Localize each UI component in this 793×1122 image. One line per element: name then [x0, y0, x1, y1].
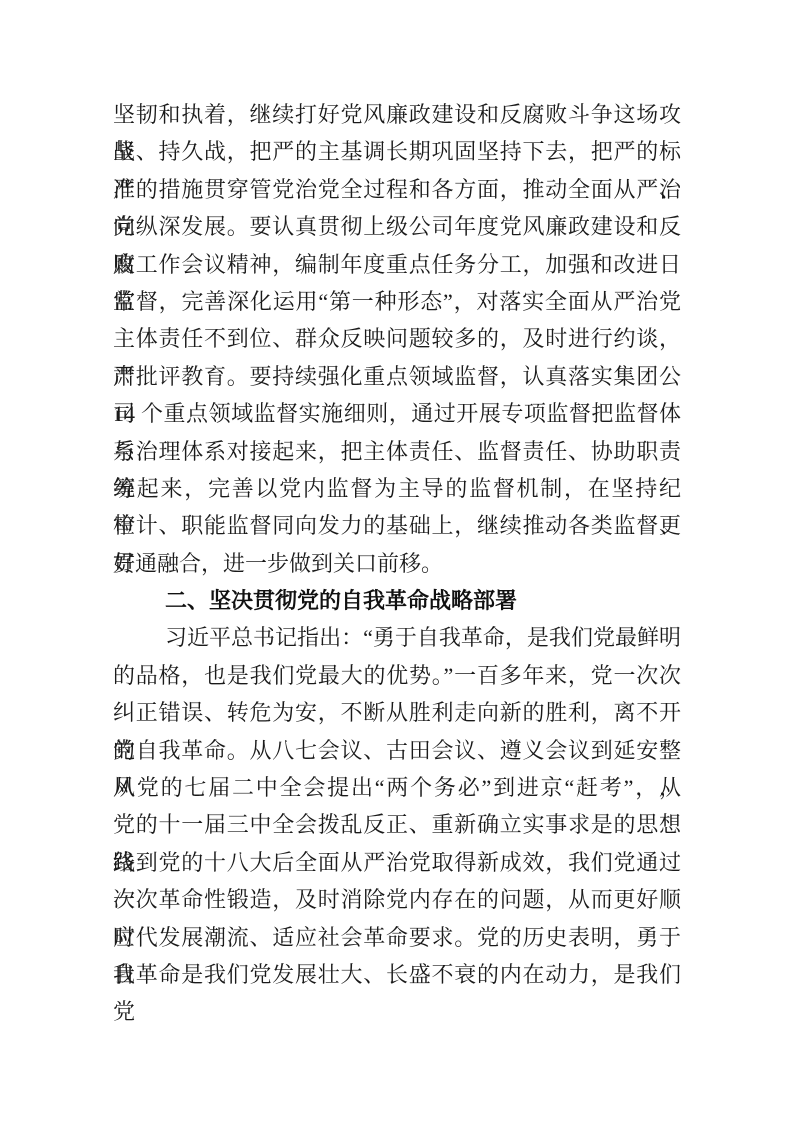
text-line: 坚韧和执着，继续打好党风廉政建设和反腐败斗争这场攻坚	[113, 96, 681, 133]
text-line: 肃批评教育。要持续强化重点领域监督，认真落实集团公司	[113, 358, 681, 395]
text-line: 向纵深发展。要认真贯彻上级公司年度党风廉政建设和反腐	[113, 208, 681, 245]
text-line: 次次革命性锻造，及时消除党内存在的问题，从而更好顺应	[113, 881, 681, 918]
text-line: 时代发展潮流、适应社会革命要求。党的历史表明，勇于自	[113, 919, 681, 956]
text-line: 14 个重点领域监督实施细则，通过开展专项监督把监督体系	[113, 395, 681, 432]
text-line: 筹起来，完善以党内监督为主导的监督机制，在坚持纪检、	[113, 470, 681, 507]
text-line: 败工作会议精神，编制年度重点任务分工，加强和改进日常	[113, 246, 681, 283]
text-line: 习近平总书记指出：“勇于自我革命，是我们党最鲜明	[113, 619, 681, 656]
text-line: 监督，完善深化运用“第一种形态”，对落实全面从严治党	[113, 283, 681, 320]
text-line: 党的十一届三中全会拨乱反正、重新确立实事求是的思想路	[113, 806, 681, 843]
text-line: 从党的七届二中全会提出“两个务必”到进京“赶考”，从	[113, 769, 681, 806]
text-line: 纠正错误、转危为安，不断从胜利走向新的胜利，离不开党	[113, 694, 681, 731]
document-body: 坚韧和执着，继续打好党风廉政建设和反腐败斗争这场攻坚战、持久战，把严的主基调长期…	[113, 96, 681, 993]
text-line: 我革命是我们党发展壮大、长盛不衰的内在动力，是我们党	[113, 956, 681, 993]
text-line: 的品格，也是我们党最大的优势。”一百多年来，党一次次	[113, 657, 681, 694]
text-line: 主体责任不到位、群众反映问题较多的，及时进行约谈，严	[113, 320, 681, 357]
text-line: 与治理体系对接起来，把主体责任、监督责任、协助职责统	[113, 433, 681, 470]
text-line: 的自我革命。从八七会议、古田会议、遵义会议到延安整风，	[113, 732, 681, 769]
document-page: 坚韧和执着，继续打好党风廉政建设和反腐败斗争这场攻坚战、持久战，把严的主基调长期…	[0, 0, 793, 1122]
section-heading: 二、坚决贯彻党的自我革命战略部署	[113, 582, 681, 619]
text-line: 贯通融合，进一步做到关口前移。	[113, 545, 681, 582]
text-line: 严的措施贯穿管党治党全过程和各方面，推动全面从严治党	[113, 171, 681, 208]
text-line: 审计、职能监督同向发力的基础上，继续推动各类监督更好	[113, 507, 681, 544]
text-line: 战、持久战，把严的主基调长期巩固坚持下去，把严的标准、	[113, 133, 681, 170]
text-line: 线到党的十八大后全面从严治党取得新成效，我们党通过一	[113, 844, 681, 881]
